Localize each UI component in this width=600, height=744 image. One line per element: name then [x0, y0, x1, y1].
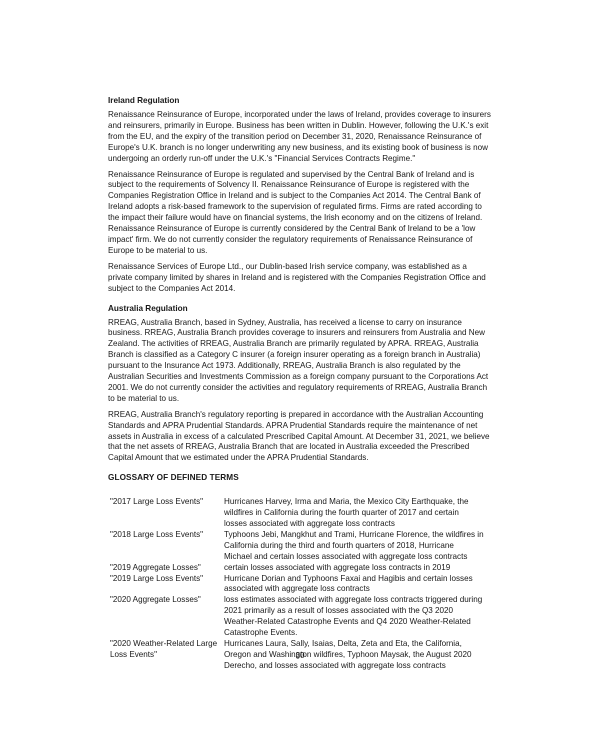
glossary-term: "2017 Large Loss Events" [108, 497, 224, 530]
section-heading: Australia Regulation [108, 303, 492, 314]
glossary-term: "2019 Large Loss Events" [108, 574, 224, 596]
glossary-entry: "2020 Aggregate Losses" loss estimates a… [108, 595, 492, 639]
glossary-definition: loss estimates associated with aggregate… [224, 595, 492, 639]
glossary-definition: Typhoons Jebi, Mangkhut and Trami, Hurri… [224, 530, 492, 563]
page-number: 30 [0, 651, 600, 660]
glossary-entry: "2018 Large Loss Events" Typhoons Jebi, … [108, 530, 492, 563]
paragraph: RREAG, Australia Branch's regulatory rep… [108, 410, 492, 465]
glossary-section: GLOSSARY OF DEFINED TERMS "2017 Large Lo… [108, 473, 492, 671]
paragraph: Renaissance Reinsurance of Europe, incor… [108, 110, 492, 165]
ireland-regulation-section: Ireland Regulation Renaissance Reinsuran… [108, 95, 492, 295]
document-page: Ireland Regulation Renaissance Reinsuran… [108, 95, 492, 672]
glossary-entry: "2019 Large Loss Events" Hurricane Doria… [108, 574, 492, 596]
australia-regulation-section: Australia Regulation RREAG, Australia Br… [108, 303, 492, 465]
glossary-entry: "2017 Large Loss Events" Hurricanes Harv… [108, 497, 492, 530]
paragraph: Renaissance Reinsurance of Europe is reg… [108, 170, 492, 257]
paragraph: Renaissance Services of Europe Ltd., our… [108, 262, 492, 295]
glossary-definition: Hurricane Dorian and Typhoons Faxai and … [224, 574, 492, 596]
glossary-definition: Hurricanes Harvey, Irma and Maria, the M… [224, 497, 492, 530]
section-heading: Ireland Regulation [108, 95, 492, 106]
glossary-term: "2018 Large Loss Events" [108, 530, 224, 563]
glossary-definition: certain losses associated with aggregate… [224, 563, 492, 574]
glossary-title: GLOSSARY OF DEFINED TERMS [108, 473, 492, 484]
glossary-term: "2019 Aggregate Losses" [108, 563, 224, 574]
glossary-entry: "2019 Aggregate Losses" certain losses a… [108, 563, 492, 574]
glossary-term: "2020 Aggregate Losses" [108, 595, 224, 639]
paragraph: RREAG, Australia Branch, based in Sydney… [108, 318, 492, 405]
